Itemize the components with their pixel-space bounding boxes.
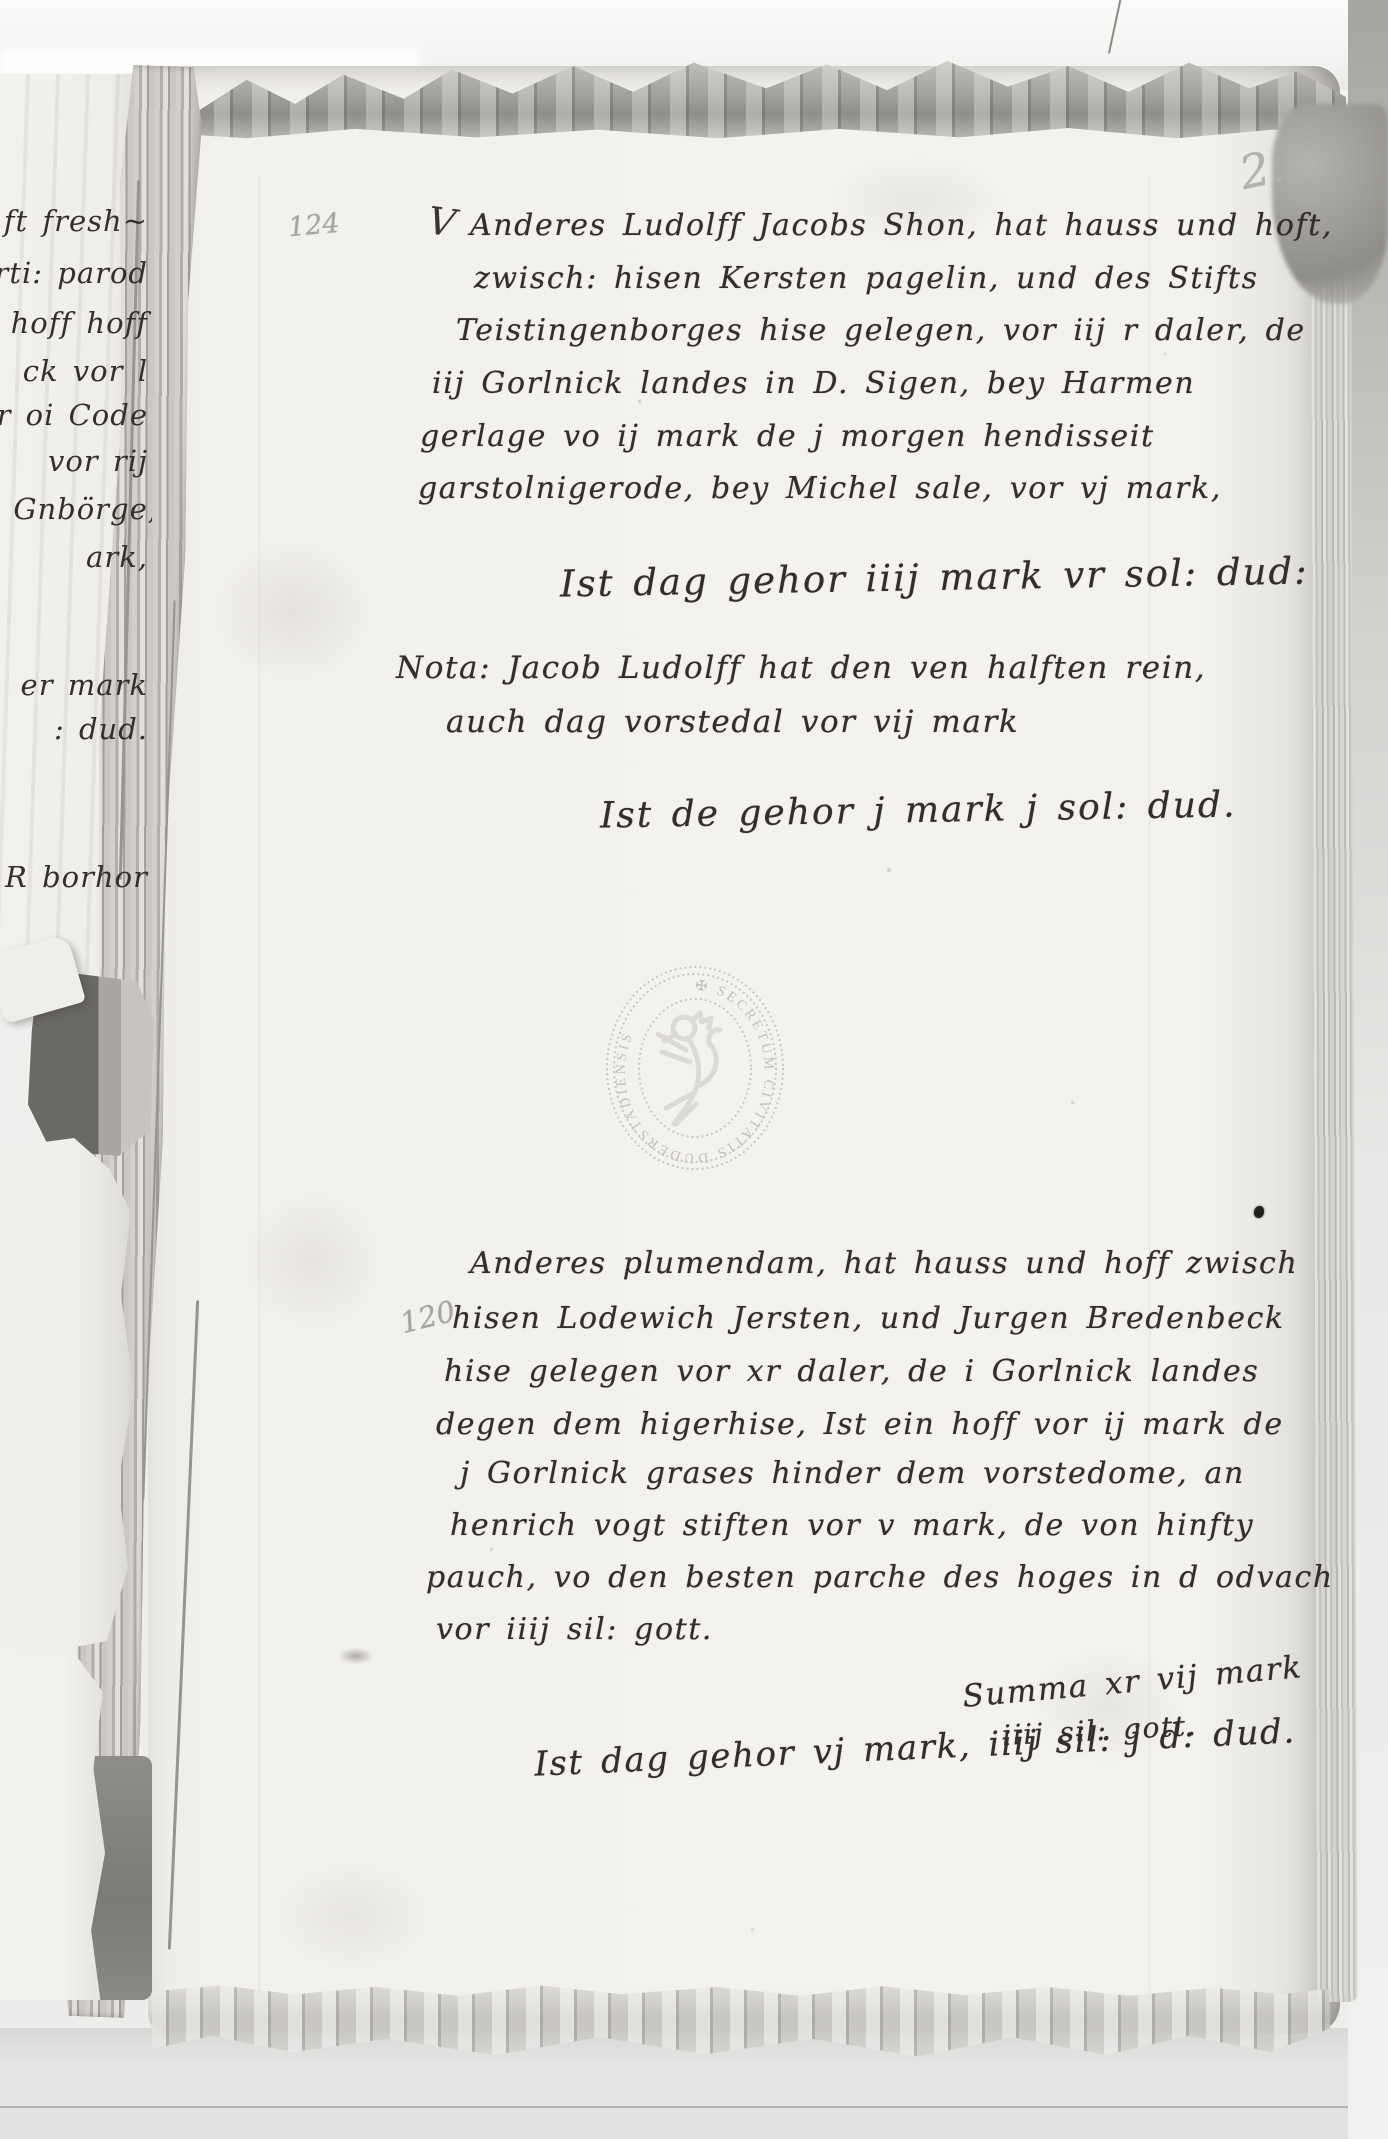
entry1-line: Teistingenborges hise gelegen, vor iij r…	[456, 313, 1306, 348]
entry2-line: pauch, vo den besten parche des hoges in…	[426, 1560, 1334, 1595]
paper-crease	[258, 176, 261, 2046]
fragment-line: ft fresh~	[4, 204, 148, 238]
entry1-line: gerlage vo ij mark de j morgen hendissei…	[420, 419, 1155, 454]
margin-number-124: 124	[287, 208, 341, 243]
entry1-line: iij Gorlnick landes in D. Sigen, bey Har…	[432, 366, 1195, 401]
entry2-line: j Gorlnick grases hinder dem vorstedome,…	[460, 1456, 1245, 1491]
entry1-line: garstolnigerode, bey Michel sale, vor vj…	[418, 471, 1222, 506]
facing-page-text-area: ft fresh~ darti: parod j hoff hoff ck vo…	[0, 74, 152, 954]
fragment-line: ck vor l	[23, 354, 148, 388]
fragment-line: vor rij	[48, 444, 148, 478]
fragment-line: j hoff hoff	[0, 306, 148, 340]
fragment-line: r oi Code	[0, 398, 148, 432]
scanner-bed-line	[0, 2106, 1388, 2108]
entry2-line: hise gelegen vor xr daler, de i Gorlnick…	[444, 1354, 1259, 1389]
fragment-line: er mark	[21, 668, 148, 702]
city-seal-stamp: ✠ SECRETUM CIVITATIS DUDERSTADIENSIS	[598, 960, 792, 1176]
entry2-line: degen dem higerhise, Ist ein hoff vor ij…	[436, 1407, 1284, 1442]
rampant-lion-emblem	[658, 1013, 720, 1124]
entry1-line: Anderes Ludolff Jacobs Shon, hat hauss u…	[470, 208, 1333, 243]
fragment-line: R borhor	[5, 860, 148, 894]
fragment-line: darti: parod	[0, 256, 148, 290]
fragment-line: ark,	[86, 540, 148, 574]
entry2-line: henrich vogt stiften vor v mark, de von …	[450, 1508, 1254, 1543]
nota-line: Nota: Jacob Ludolff hat den ven halften …	[396, 650, 1206, 686]
fragment-line: : dud.	[54, 712, 148, 746]
fragment-line: Gnbörge,	[13, 492, 152, 526]
ink-smudge	[338, 1648, 374, 1664]
entry2-line: Anderes plumendam, hat hauss und hoff zw…	[470, 1246, 1298, 1281]
nota-line: auch dag vorstedal vor vij mark	[446, 704, 1019, 740]
torn-paper-piece	[0, 1138, 138, 1662]
paper-crease	[1148, 176, 1151, 2046]
seal-legend: ✠ SECRETUM CIVITATIS DUDERSTADIENSIS	[614, 979, 776, 1166]
entry1-line: zwisch: hisen Kersten pagelin, und des S…	[474, 261, 1259, 296]
entry2-line: vor iiij sil: gott.	[436, 1612, 713, 1647]
entry2-line: hisen Lodewich Jersten, und Jurgen Brede…	[452, 1301, 1285, 1336]
manuscript-scan: ft fresh~ darti: parod j hoff hoff ck vo…	[0, 0, 1388, 2139]
page-stack-edge	[1311, 126, 1358, 2002]
